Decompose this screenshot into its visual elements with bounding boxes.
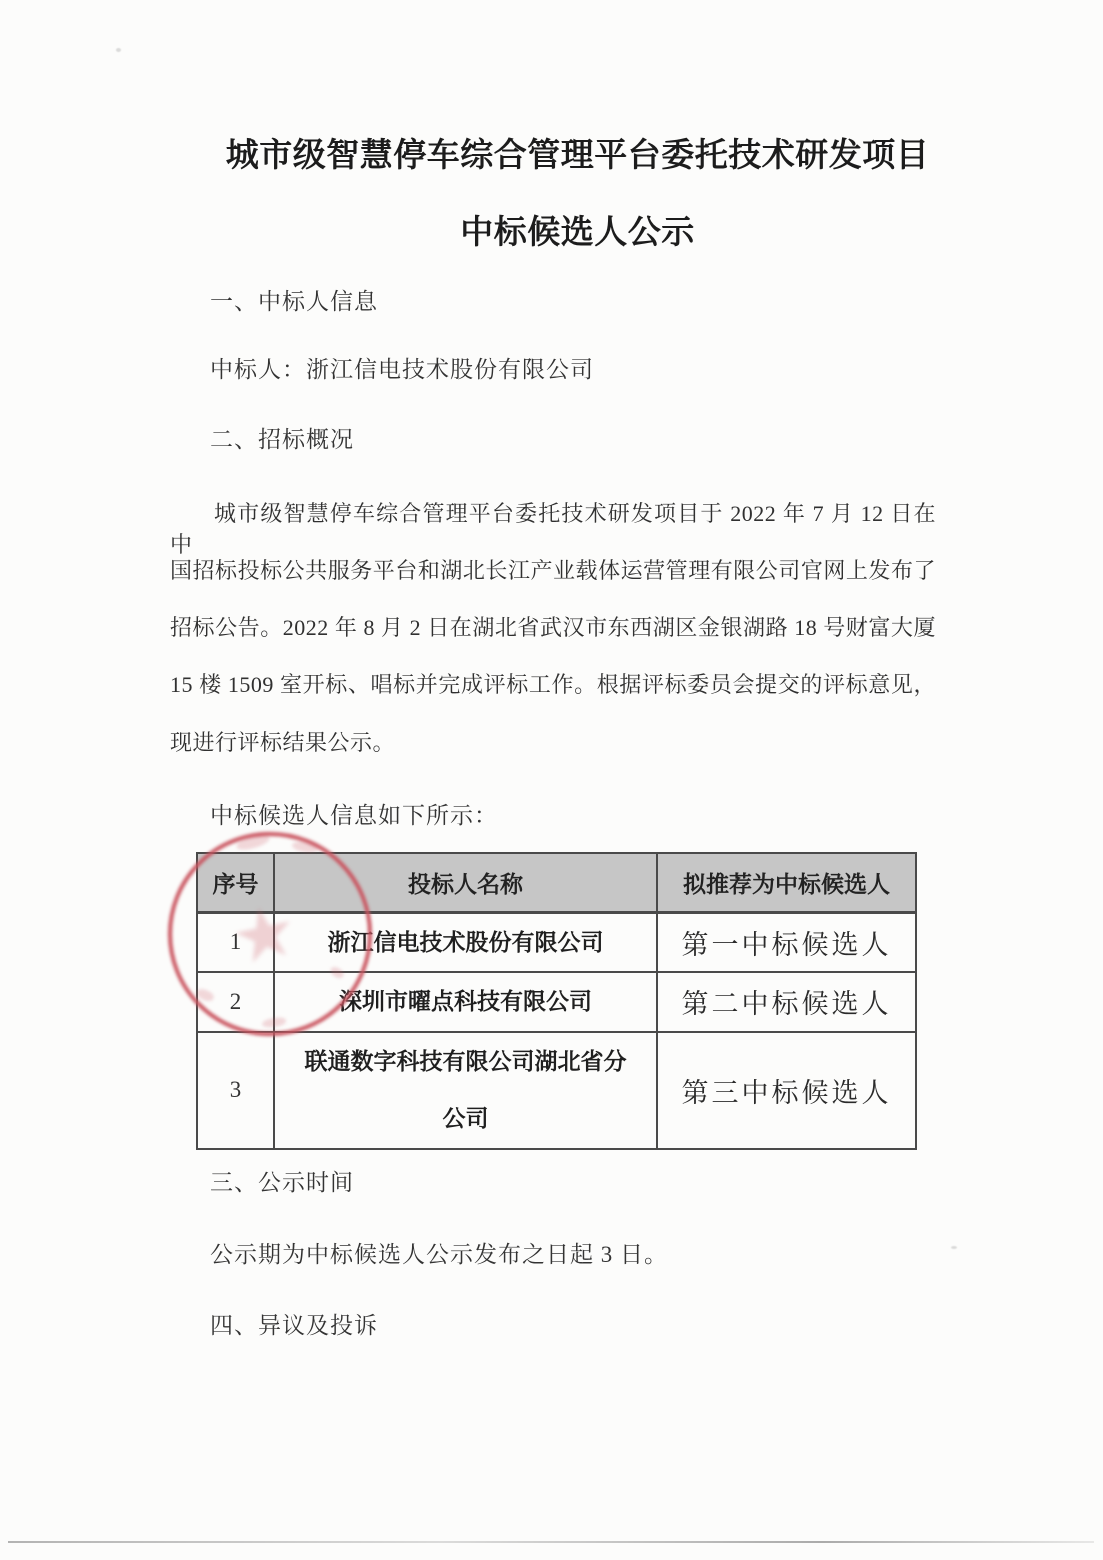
- row-bidder-name: 浙江信电技术股份有限公司: [274, 912, 657, 972]
- row-bidder-name: 联通数字科技有限公司湖北省分公司: [274, 1032, 657, 1149]
- section-2-heading: 二、招标概况: [210, 421, 354, 454]
- winner-line: 中标人：浙江信电技术股份有限公司: [210, 351, 594, 384]
- row-rank: 第一中标候选人: [657, 912, 916, 972]
- paragraph-line: 国招标投标公共服务平台和湖北长江产业载体运营管理有限公司官网上发布了: [170, 554, 936, 585]
- row-rank: 第三中标候选人: [657, 1032, 916, 1149]
- scan-speck: [951, 1246, 957, 1249]
- seal-text-smudge: [235, 832, 271, 852]
- scan-speck: [116, 48, 121, 52]
- paragraph-line: 15 楼 1509 室开标、唱标并完成评标工作。根据评标委员会提交的评标意见，: [170, 668, 936, 699]
- table-row: 2 深圳市曜点科技有限公司 第二中标候选人: [197, 972, 916, 1032]
- section-3-heading: 三、公示时间: [210, 1164, 354, 1197]
- candidates-table: 序号 投标人名称 拟推荐为中标候选人 1 浙江信电技术股份有限公司 第一中标候选…: [196, 852, 917, 1150]
- document-title-line-2: 中标候选人公示: [170, 206, 985, 253]
- row-no: 3: [197, 1032, 274, 1149]
- table-header-rank: 拟推荐为中标候选人: [657, 853, 916, 912]
- paragraph-line: 现进行评标结果公示。: [170, 726, 936, 757]
- table-header-row: 序号 投标人名称 拟推荐为中标候选人: [197, 853, 916, 912]
- table-header-bidder: 投标人名称: [274, 853, 657, 912]
- table-row: 1 浙江信电技术股份有限公司 第一中标候选人: [197, 912, 916, 972]
- scan-edge-line: [8, 1541, 1094, 1543]
- document-page: 城市级智慧停车综合管理平台委托技术研发项目 中标候选人公示 一、中标人信息 中标…: [0, 0, 1103, 1560]
- document-title-line-1: 城市级智慧停车综合管理平台委托技术研发项目: [170, 129, 985, 176]
- row-no: 2: [197, 972, 274, 1032]
- table-intro-line: 中标候选人信息如下所示：: [210, 797, 498, 830]
- section-4-heading: 四、异议及投诉: [210, 1307, 378, 1340]
- table-row: 3 联通数字科技有限公司湖北省分公司 第三中标候选人: [197, 1032, 916, 1149]
- section-3-body: 公示期为中标候选人公示发布之日起 3 日。: [210, 1236, 668, 1269]
- paragraph-line: 招标公告。2022 年 8 月 2 日在湖北省武汉市东西湖区金银湖路 18 号财…: [170, 611, 936, 642]
- paragraph-line: 城市级智慧停车综合管理平台委托技术研发项目于 2022 年 7 月 12 日在中: [170, 497, 936, 559]
- section-1-heading: 一、中标人信息: [210, 283, 378, 316]
- table-header-no: 序号: [197, 853, 274, 912]
- row-rank: 第二中标候选人: [657, 972, 916, 1032]
- row-bidder-name: 深圳市曜点科技有限公司: [274, 972, 657, 1032]
- row-no: 1: [197, 912, 274, 972]
